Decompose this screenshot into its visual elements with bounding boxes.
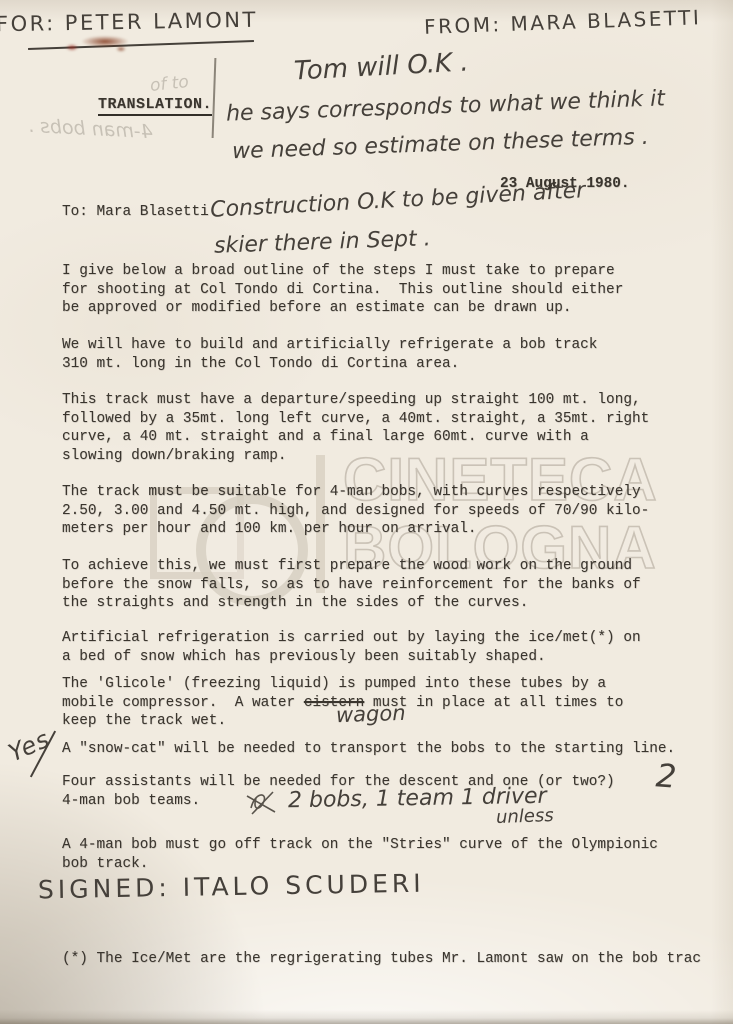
translation-heading-text: TRANSLATION.: [98, 96, 212, 116]
paragraph-track-specs: The track must be suitable for 4-man bob…: [62, 483, 649, 539]
paragraph-track-shape: This track must have a departure/speedin…: [62, 391, 649, 465]
signed-line: SIGNED: ITALO SCUDERI: [38, 869, 425, 905]
paragraph-woodwork: To achieve this, we must first prepare t…: [62, 557, 641, 613]
count-note: 2: [655, 756, 678, 795]
teams-note-sub: unless: [496, 805, 554, 828]
paragraph-snowcat: A "snow-cat" will be needed to transport…: [62, 740, 675, 759]
scanned-letter-page: 4-man bobs . of to CINETECA BOLOGNA FOR:…: [0, 0, 733, 1024]
translation-heading: TRANSLATION.: [62, 77, 212, 133]
handwritten-note-line3: we need so estimate on these terms .: [232, 125, 649, 165]
for-underline-stroke: [28, 40, 254, 50]
paragraph-stries: A 4-man bob must go off track on the "St…: [62, 836, 658, 873]
scribble-strikeout: [243, 786, 285, 818]
paragraph-build-track: We will have to build and artificially r…: [62, 336, 597, 373]
paragraph-outline: I give below a broad outline of the step…: [62, 262, 623, 318]
ink-stain-small: [66, 44, 78, 51]
for-line: FOR: PETER LAMONT: [0, 8, 258, 37]
recipient-line: To: Mara Blasetti: [62, 203, 209, 222]
cistern-correction-note: wagon: [336, 701, 406, 727]
paragraph-refrigeration: Artificial refrigeration is carried out …: [62, 629, 641, 666]
handwritten-note-line5: skier there in Sept .: [214, 226, 431, 259]
footnote-line: (*) The Ice/Met are the regrigerating tu…: [62, 950, 701, 969]
from-line: FROM: MARA BLASETTI: [424, 5, 702, 39]
handwritten-note-line2: he says corresponds to what we think it: [226, 86, 666, 126]
ink-stain-dot: [116, 46, 126, 52]
handwritten-note-line1: Tom will O.K .: [293, 47, 469, 86]
date-line: 23 August 1980.: [500, 175, 630, 194]
pencil-stroke: [212, 58, 217, 138]
